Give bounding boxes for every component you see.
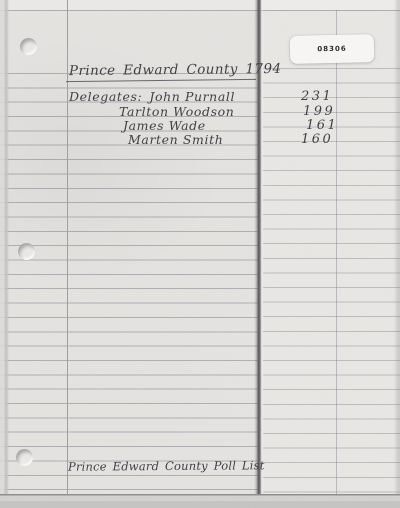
- vote-count-1: 231: [301, 90, 333, 104]
- catalog-number: 08306: [317, 45, 347, 54]
- right-column-rule: [336, 10, 337, 494]
- left-margin-rule: [67, 0, 68, 494]
- page-right-edge: [394, 0, 400, 508]
- page-title: Prince Edward County 1794: [69, 62, 282, 79]
- vote-count-4: 160: [301, 133, 333, 147]
- page-top-margin: [0, 0, 400, 11]
- delegate-name-3: James Wade: [123, 119, 206, 133]
- footer-caption: Prince Edward County Poll List: [68, 459, 265, 473]
- delegate-row-1: Delegates:John Purnall: [69, 90, 235, 104]
- page-left-edge: [0, 0, 9, 508]
- punch-hole-bottom: [16, 449, 33, 466]
- delegate-name-2: Tarlton Woodson: [119, 105, 234, 119]
- delegates-label: Delegates:: [69, 89, 142, 104]
- catalog-sticker: 08306: [290, 34, 375, 64]
- punch-hole-middle: [18, 243, 35, 260]
- page-bottom-edge: [0, 494, 400, 508]
- punch-hole-top: [20, 38, 37, 55]
- delegate-name-4: Marten Smith: [128, 133, 223, 147]
- delegate-name-1: John Purnall: [149, 89, 235, 104]
- vote-count-2: 199: [303, 105, 335, 119]
- scanned-document-page: 08306 Prince Edward County 1794 Delegate…: [0, 0, 400, 508]
